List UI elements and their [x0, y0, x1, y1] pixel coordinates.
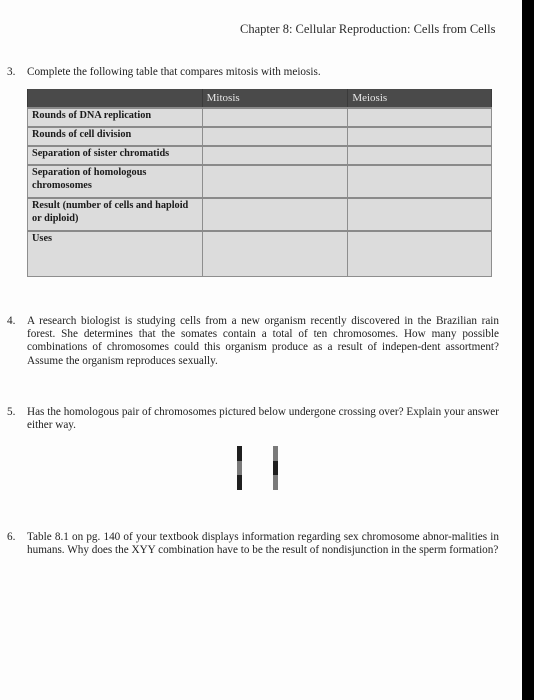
row-label: Uses: [28, 231, 203, 277]
header-mitosis: Mitosis: [202, 89, 348, 108]
chromosome-right-icon: [273, 446, 278, 490]
meiosis-cell[interactable]: [348, 198, 492, 231]
mitosis-cell[interactable]: [202, 146, 348, 165]
meiosis-cell[interactable]: [348, 108, 492, 127]
chromosome-band: [237, 475, 242, 490]
row-label: Rounds of cell division: [28, 127, 203, 146]
meiosis-cell[interactable]: [348, 127, 492, 146]
mitosis-cell[interactable]: [202, 231, 348, 277]
worksheet-page: Chapter 8: Cellular Reproduction: Cells …: [0, 0, 522, 700]
question-text: Table 8.1 on pg. 140 of your textbook di…: [27, 531, 499, 557]
screen-edge-bar: [522, 0, 534, 700]
row-label: Separation of sister chromatids: [28, 146, 203, 165]
question-text: Has the homologous pair of chromosomes p…: [27, 406, 499, 432]
chromosome-band: [273, 461, 278, 476]
question-number: 6.: [7, 531, 15, 544]
chromosome-band: [237, 446, 242, 461]
question-number: 4.: [7, 315, 15, 328]
chromosome-band: [273, 446, 278, 461]
row-label: Rounds of DNA replication: [28, 108, 203, 127]
meiosis-cell[interactable]: [348, 146, 492, 165]
mitosis-cell[interactable]: [202, 165, 348, 198]
table-row: Separation of sister chromatids: [28, 146, 492, 165]
chromosome-band: [237, 461, 242, 476]
table-row: Result (number of cells and haploid or d…: [28, 198, 492, 231]
question-number: 3.: [7, 66, 15, 79]
question-number: 5.: [7, 406, 15, 419]
question-text: Complete the following table that compar…: [27, 66, 499, 79]
table-row: Rounds of cell division: [28, 127, 492, 146]
header-meiosis: Meiosis: [348, 89, 492, 108]
chromosome-band: [273, 475, 278, 490]
row-label: Separation of homologous chromosomes: [28, 165, 203, 198]
table-row: Rounds of DNA replication: [28, 108, 492, 127]
mitosis-meiosis-table: Mitosis Meiosis Rounds of DNA replicatio…: [27, 89, 492, 277]
row-label: Result (number of cells and haploid or d…: [28, 198, 203, 231]
question-text: A research biologist is studying cells f…: [27, 315, 499, 368]
table-row: Uses: [28, 231, 492, 277]
header-blank: [28, 89, 203, 108]
meiosis-cell[interactable]: [348, 231, 492, 277]
table-header-row: Mitosis Meiosis: [28, 89, 492, 108]
table-row: Separation of homologous chromosomes: [28, 165, 492, 198]
mitosis-cell[interactable]: [202, 198, 348, 231]
mitosis-cell[interactable]: [202, 108, 348, 127]
chromosome-left-icon: [237, 446, 242, 490]
meiosis-cell[interactable]: [348, 165, 492, 198]
mitosis-cell[interactable]: [202, 127, 348, 146]
chapter-title: Chapter 8: Cellular Reproduction: Cells …: [240, 22, 496, 37]
